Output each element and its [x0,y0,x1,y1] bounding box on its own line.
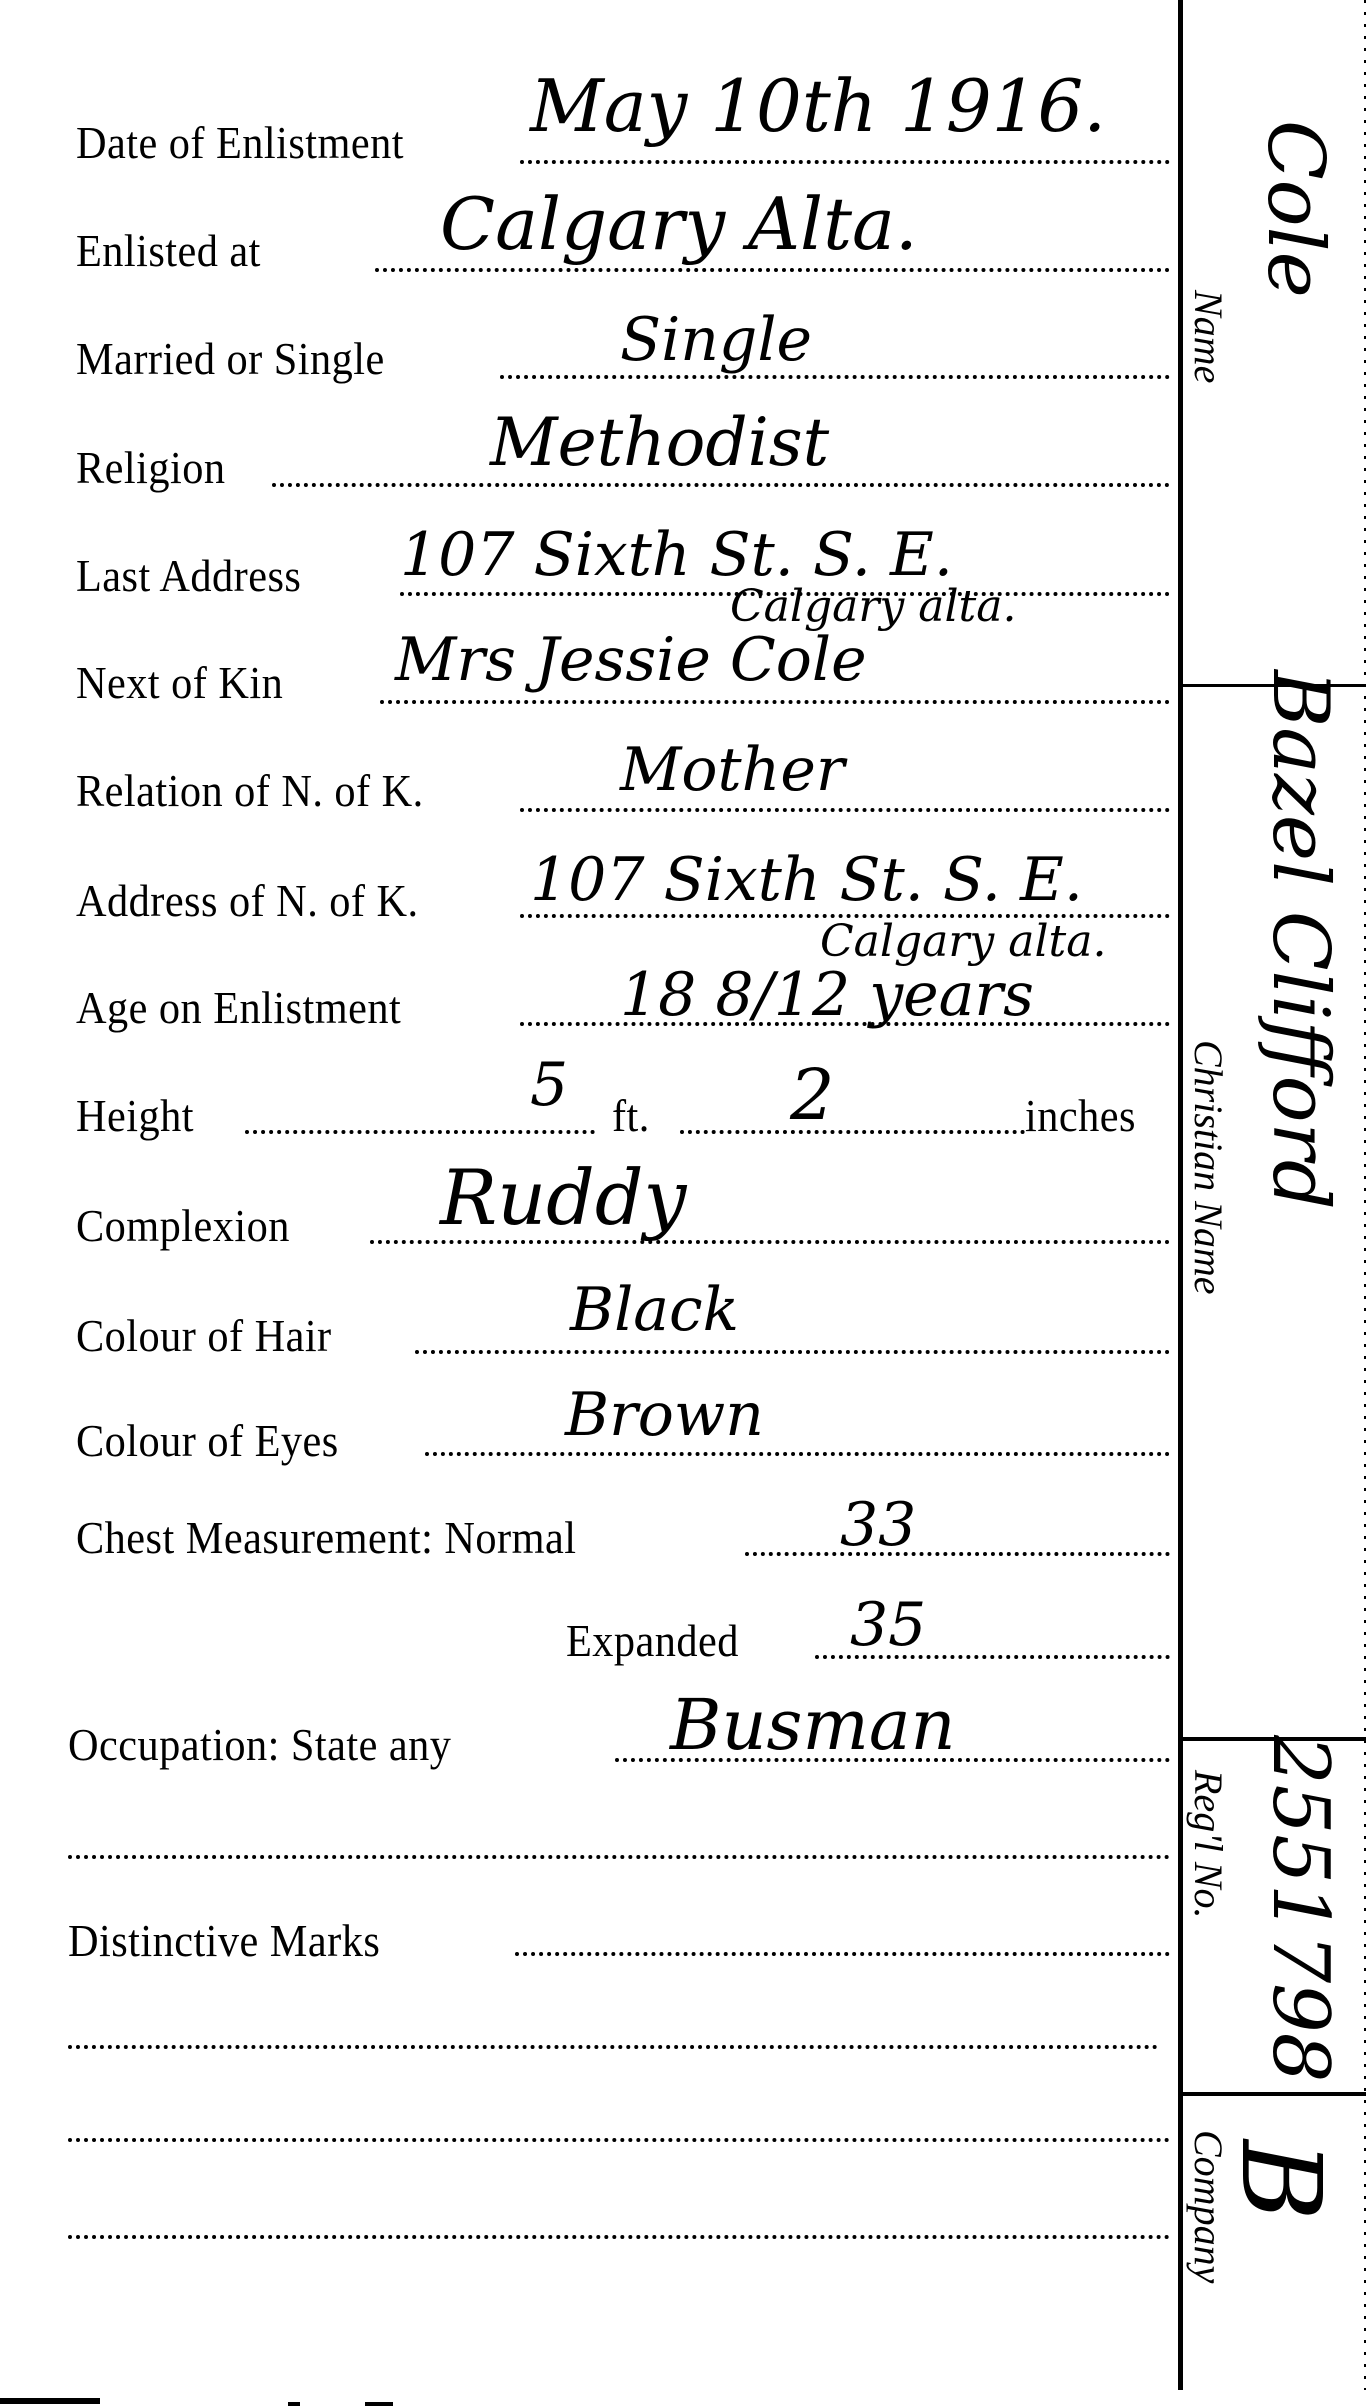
enlisted-at-line [375,268,1170,272]
last-address-label: Last Address [76,553,301,599]
married-or-single-value: Single [620,310,812,370]
occupation-value: Busman [670,1690,956,1760]
company-value: B [1217,2140,1345,2221]
relation-of-nok-value: Mother [620,740,845,800]
enlisted-at-label: Enlisted at [76,228,261,274]
christian-name-value: Bazel Clifford [1255,670,1345,1210]
chest-normal-label: Chest Measurement: Normal [76,1515,576,1561]
colour-of-hair-line [415,1350,1170,1354]
date-of-enlistment-label: Date of Enlistment [76,120,404,166]
colour-of-hair-label: Colour of Hair [76,1313,332,1359]
height-feet-value: 5 [530,1055,568,1115]
complexion-label: Complexion [76,1203,290,1249]
blank-line-1 [68,2045,1158,2049]
height-inches-unit: inches [1025,1093,1136,1139]
relation-of-nok-line [520,808,1170,812]
colour-of-eyes-label: Colour of Eyes [76,1418,339,1464]
last-address-value-line2: Calgary alta. [730,585,1016,629]
distinctive-marks-label: Distinctive Marks [68,1918,380,1964]
address-of-nok-label: Address of N. of K. [76,878,419,924]
height-ft-line [245,1130,595,1134]
age-on-enlistment-value: 18 8/12 years [620,965,1034,1025]
distinctive-marks-line [515,1952,1170,1956]
height-inches-value: 2 [790,1060,835,1130]
date-of-enlistment-line [520,160,1170,164]
religion-line [272,483,1170,487]
sidebar-separator-3 [1183,2092,1366,2096]
chest-normal-line [745,1552,1170,1556]
next-of-kin-label: Next of Kin [76,660,283,706]
enlisted-at-value: Calgary Alta. [440,188,918,260]
next-of-kin-value: Mrs Jessie Cole [395,630,867,690]
height-label: Height [76,1093,194,1139]
relation-of-nok-label: Relation of N. of K. [76,768,424,814]
right-edge [1364,0,1366,2390]
chest-expanded-value: 35 [850,1595,926,1655]
married-or-single-line [500,375,1170,379]
colour-of-eyes-line [425,1452,1170,1456]
bottom-edge-fragment [0,2398,100,2404]
date-of-enlistment-value: May 10th 1916. [530,70,1106,142]
address-of-nok-value: 107 Sixth St. S. E. [530,850,1083,910]
regt-no-label: Reg'l No. [1185,1770,1232,1919]
christian-name-label: Christian Name [1185,1040,1232,1294]
religion-label: Religion [76,445,225,491]
regt-no-value: 2551798 [1255,1735,1345,2082]
complexion-value: Ruddy [440,1160,686,1236]
colour-of-hair-value: Black [570,1280,739,1340]
chest-normal-value: 33 [840,1495,916,1555]
height-ft-unit: ft. [612,1093,650,1139]
bottom-edge-fragment-3 [365,2402,393,2406]
age-on-enlistment-label: Age on Enlistment [76,985,401,1031]
chest-expanded-label: Expanded [566,1618,739,1664]
bottom-edge-fragment-2 [288,2402,300,2406]
blank-line-2 [68,2138,1170,2142]
name-value: Cole [1250,120,1340,298]
name-label: Name [1185,290,1232,383]
last-address-value: 107 Sixth St. S. E. [400,525,953,585]
colour-of-eyes-value: Brown [565,1385,764,1445]
religion-value: Methodist [490,410,829,476]
married-or-single-label: Married or Single [76,336,385,382]
address-of-nok-value-line2: Calgary alta. [820,920,1106,964]
sidebar-divider [1178,0,1183,2390]
blank-line-3 [68,2235,1170,2239]
occupation-line-2 [68,1855,1170,1859]
occupation-label: Occupation: State any [68,1722,451,1768]
next-of-kin-line [380,700,1170,704]
height-inches-line [680,1130,1025,1134]
